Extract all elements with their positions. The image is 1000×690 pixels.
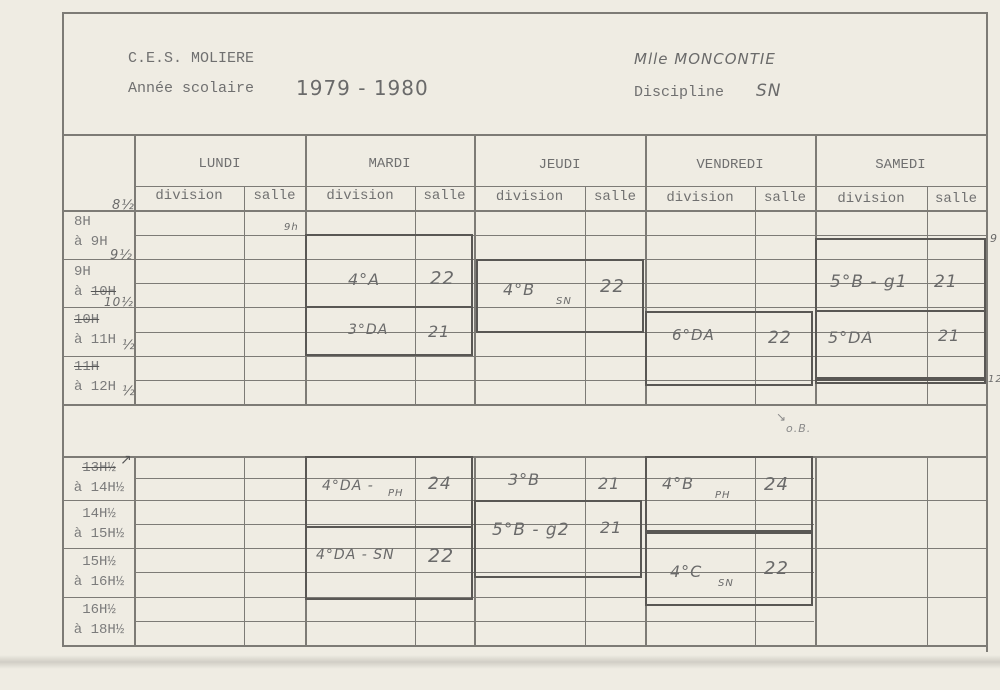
- grid-line: [645, 456, 811, 458]
- time-slot-1: 8H à 9H: [74, 212, 108, 252]
- grid-line: [305, 234, 307, 356]
- grid-line: [811, 456, 813, 532]
- lesson-division: 5°B - g1: [830, 272, 908, 292]
- lesson-division: 4°A: [348, 270, 380, 289]
- subheader-salle: salle: [927, 191, 985, 207]
- grid-line: [645, 532, 811, 534]
- grid-line: [755, 187, 756, 405]
- grid-line: [305, 234, 471, 236]
- grid-line: [645, 311, 811, 313]
- lesson-tag: PH: [388, 488, 404, 499]
- paper-fold: [0, 655, 1000, 669]
- grid-line: [927, 456, 928, 646]
- annotation-samedi-start: 9: [990, 232, 998, 245]
- lesson-salle: 22: [428, 545, 454, 567]
- grid-line: [585, 187, 586, 405]
- grid-line: [815, 238, 984, 240]
- grid-line: [471, 526, 473, 600]
- grid-line: [62, 356, 986, 357]
- school-name: C.E.S. MOLIERE: [128, 50, 254, 67]
- lesson-division: 4°DA -: [322, 478, 374, 494]
- time-note: 8½: [112, 198, 135, 213]
- lesson-salle: 22: [764, 558, 789, 579]
- lesson-tag: PH: [715, 490, 731, 501]
- lesson-division: 5°B - g2: [492, 520, 570, 540]
- lesson-salle: 24: [764, 474, 789, 495]
- annotation-lunch-note: o.B.: [786, 422, 811, 435]
- lesson-salle: 21: [428, 322, 450, 341]
- discipline-value: SN: [756, 81, 782, 101]
- grid-line: [476, 259, 642, 261]
- lesson-division: 4°DA - SN: [316, 547, 395, 563]
- year-label: Année scolaire: [128, 80, 254, 97]
- lesson-division: 5°DA: [828, 328, 873, 347]
- subheader-salle: salle: [244, 188, 305, 204]
- grid-line: [811, 311, 813, 386]
- discipline-label: Discipline: [634, 84, 724, 101]
- grid-line: [305, 456, 471, 458]
- lesson-salle: 21: [938, 326, 960, 345]
- arrow-icon: ↘: [776, 410, 787, 424]
- grid-line: [811, 532, 813, 606]
- grid-line: [62, 210, 986, 212]
- time-note: ½: [122, 338, 136, 353]
- subheader-division: division: [474, 189, 585, 205]
- grid-line: [927, 187, 928, 405]
- grid-line: [415, 187, 416, 405]
- grid-line: [640, 500, 642, 578]
- day-jeudi: JEUDI: [474, 157, 645, 173]
- grid-line: [134, 235, 986, 236]
- grid-line: [474, 576, 640, 578]
- grid-line: [474, 500, 640, 502]
- grid-line: [815, 377, 984, 381]
- subheader-division: division: [134, 188, 244, 204]
- grid-line: [815, 310, 984, 312]
- grid-line: [62, 548, 986, 549]
- time-slot-7: 15H½ à 16H½: [64, 552, 134, 592]
- grid-line: [305, 354, 471, 356]
- subheader-salle: salle: [415, 188, 474, 204]
- grid-line: [645, 384, 811, 386]
- day-vendredi: VENDREDI: [645, 157, 815, 173]
- grid-line: [134, 478, 814, 479]
- grid-line: [645, 456, 647, 532]
- lesson-salle: 24: [428, 474, 452, 494]
- grid-line: [471, 456, 473, 528]
- grid-line: [62, 307, 986, 308]
- grid-line: [305, 526, 307, 600]
- lesson-salle: 22: [600, 276, 625, 297]
- lesson-salle: 21: [598, 474, 620, 493]
- subheader-division: division: [815, 191, 927, 207]
- lesson-division: 4°C: [670, 562, 702, 581]
- grid-line: [474, 500, 476, 578]
- lesson-salle: 21: [934, 272, 958, 292]
- grid-line: [244, 456, 245, 646]
- teacher-name: Mlle MONCONTIE: [634, 50, 776, 68]
- grid-line: [645, 604, 811, 606]
- day-lundi: LUNDI: [134, 156, 305, 172]
- lesson-division: 4°B: [662, 474, 694, 493]
- time-slot-8: 16H½ à 18H½: [64, 600, 134, 640]
- grid-line: [642, 259, 644, 333]
- grid-line: [755, 456, 756, 646]
- lesson-division: 3°DA: [348, 322, 388, 338]
- grid-line: [62, 645, 986, 647]
- subheader-division: division: [645, 190, 755, 206]
- lesson-salle: 22: [768, 328, 792, 348]
- lesson-tag: SN: [556, 296, 572, 307]
- grid-line: [134, 456, 136, 646]
- time-note: 9½: [110, 248, 133, 263]
- lesson-division: 3°B: [508, 470, 540, 489]
- grid-line: [815, 456, 817, 646]
- year-value: 1979 - 1980: [296, 76, 429, 100]
- grid-line: [415, 456, 416, 646]
- annotation-9h: 9h: [284, 222, 299, 233]
- grid-line: [471, 234, 473, 356]
- lesson-salle: 22: [430, 268, 455, 289]
- grid-line: [305, 456, 307, 528]
- lesson-tag: SN: [718, 578, 734, 589]
- grid-line: [585, 456, 586, 646]
- time-note: 10½: [104, 295, 134, 309]
- grid-line: [476, 331, 642, 333]
- grid-line: [305, 306, 471, 308]
- grid-line: [984, 238, 986, 384]
- subheader-salle: salle: [585, 189, 645, 205]
- grid-line: [62, 456, 986, 458]
- subheader-salle: salle: [755, 190, 815, 206]
- time-slot-4: 11H à 12H: [74, 357, 116, 397]
- time-slot-3: 10H à 11H: [74, 310, 116, 350]
- day-mardi: MARDI: [305, 156, 474, 172]
- grid-line: [305, 526, 471, 528]
- lesson-division: 4°B: [503, 280, 535, 299]
- lesson-division: 6°DA: [672, 326, 715, 344]
- grid-line: [645, 311, 647, 386]
- annotation-samedi-end: 12: [988, 374, 1000, 385]
- grid-line: [62, 597, 986, 598]
- grid-line: [645, 532, 647, 606]
- grid-line: [134, 186, 986, 187]
- grid-line: [62, 404, 986, 406]
- subheader-division: division: [305, 188, 415, 204]
- grid-line: [134, 135, 136, 405]
- grid-line: [815, 382, 984, 384]
- lesson-salle: 21: [600, 518, 622, 537]
- arrow-icon: ↗: [120, 452, 133, 468]
- time-note: ½: [122, 384, 136, 399]
- grid-line: [476, 259, 478, 333]
- time-slot-6: 14H½ à 15H½: [64, 504, 134, 544]
- day-samedi: SAMEDI: [815, 157, 986, 173]
- grid-line: [305, 598, 471, 600]
- grid-line: [134, 621, 814, 622]
- grid-line: [244, 187, 245, 405]
